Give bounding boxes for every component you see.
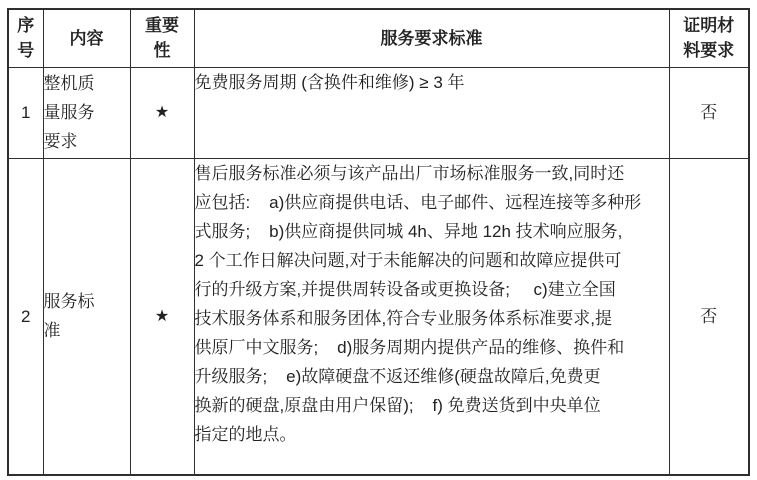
row1-content-cell: 整机质 量服务 要求 [43, 67, 130, 158]
row2-content-cell: 服务标 准 [43, 158, 130, 475]
row2-importance-star: ★ [130, 158, 194, 475]
row1-standard-cell: 免费服务周期 (含换件和维修) ≥ 3 年 [194, 67, 669, 158]
document-page: 序 号 内容 重要 性 服务要求标准 证明材 料要求 1 整机质 量服务 要求 … [0, 0, 757, 480]
row2-proof-cell: 否 [669, 158, 749, 475]
table-row: 1 整机质 量服务 要求 ★ 免费服务周期 (含换件和维修) ≥ 3 年 否 [8, 67, 749, 158]
row1-importance-star: ★ [130, 67, 194, 158]
header-cell-importance: 重要 性 [130, 9, 194, 67]
header-cell-index: 序 号 [8, 9, 43, 67]
table-row: 2 服务标 准 ★ 售后服务标准必须与该产品出厂市场标准服务一致,同时还 应包括… [8, 158, 749, 475]
header-cell-standard: 服务要求标准 [194, 9, 669, 67]
row2-index-cell: 2 [8, 158, 43, 475]
service-requirements-table: 序 号 内容 重要 性 服务要求标准 证明材 料要求 1 整机质 量服务 要求 … [7, 8, 750, 476]
header-cell-content: 内容 [43, 9, 130, 67]
row1-index-cell: 1 [8, 67, 43, 158]
row2-standard-cell: 售后服务标准必须与该产品出厂市场标准服务一致,同时还 应包括: a)供应商提供电… [194, 158, 669, 475]
header-cell-proof: 证明材 料要求 [669, 9, 749, 67]
row1-proof-cell: 否 [669, 67, 749, 158]
table-header-row: 序 号 内容 重要 性 服务要求标准 证明材 料要求 [8, 9, 749, 67]
